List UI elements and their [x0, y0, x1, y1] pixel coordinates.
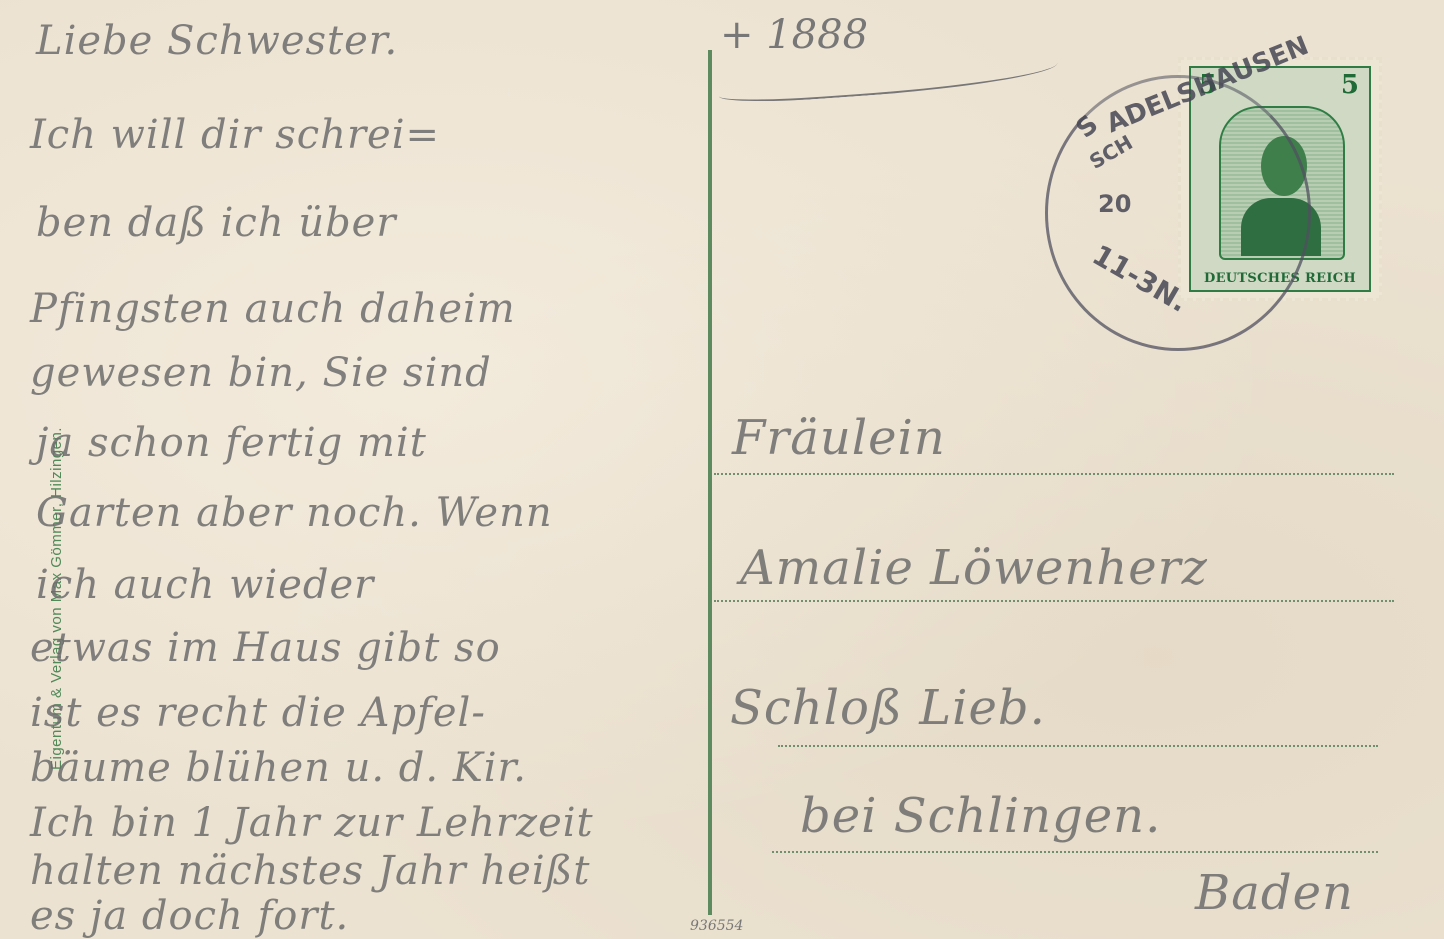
message-line: Ich will dir schrei=: [30, 112, 440, 158]
address-dotted-line: [714, 600, 1394, 602]
message-line: Garten aber noch. Wenn: [36, 490, 553, 536]
message-line: bäume blühen u. d. Kir.: [30, 745, 527, 791]
message-line: Ich bin 1 Jahr zur Lehrzeit: [30, 800, 594, 846]
address-line: Amalie Löwenherz: [740, 540, 1208, 596]
message-line: es ja doch fort.: [30, 893, 349, 939]
message-line: ist es recht die Apfel-: [30, 690, 486, 736]
stamp-value-right: 5: [1341, 70, 1359, 100]
address-dotted-line: [772, 851, 1378, 853]
address-line: Fräulein: [732, 410, 946, 466]
message-line: Pfingsten auch daheim: [30, 286, 516, 332]
message-line: gewesen bin, Sie sind: [30, 350, 492, 396]
address-line: bei Schlingen.: [800, 788, 1161, 844]
pencil-note-bottom: 936554: [690, 918, 743, 934]
message-line: ja schon fertig mit: [36, 420, 427, 466]
center-divider-line: [708, 50, 712, 915]
address-line: Schloß Lieb.: [730, 680, 1046, 736]
address-dotted-line: [714, 473, 1394, 475]
address-line: Baden: [1195, 865, 1354, 921]
postcard-back: + 1888 Eigentum & Verlag von Max Gömmer,…: [0, 0, 1444, 939]
address-dotted-line: [778, 745, 1378, 747]
message-line: etwas im Haus gibt so: [30, 625, 501, 671]
message-line: ich auch wieder: [36, 562, 374, 608]
message-line: Liebe Schwester.: [36, 18, 398, 64]
message-line: ben daß ich über: [36, 200, 396, 246]
message-line: halten nächstes Jahr heißt: [30, 848, 590, 894]
pencil-swoosh: [717, 50, 1058, 106]
postmark-date: 20: [1098, 190, 1131, 218]
pencil-note-top: + 1888: [720, 12, 868, 58]
